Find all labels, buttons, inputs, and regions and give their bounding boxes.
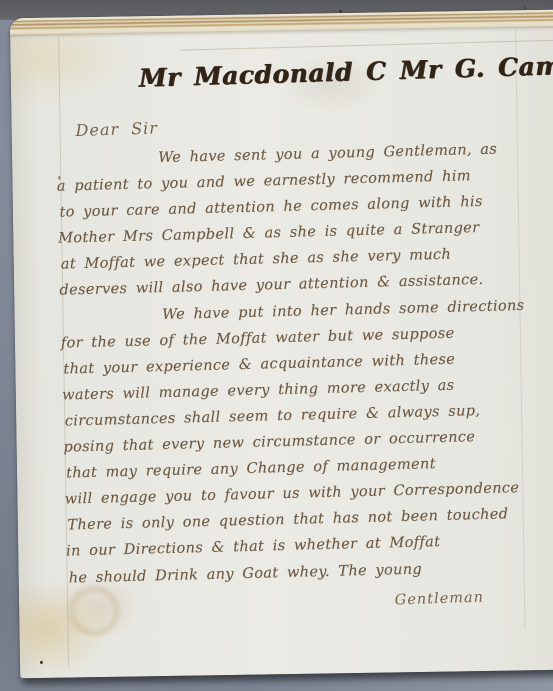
manuscript-photo: Mr Macdonald C Mr G. Campbell Dear Sir W…: [0, 0, 553, 691]
letter-body: We have sent you a young Gentleman, as a…: [56, 141, 545, 597]
dust-speck: [524, 7, 526, 9]
paper-crease-top: [180, 40, 553, 51]
page-heading: Mr Macdonald C Mr G. Campbell: [138, 49, 553, 93]
catchword: Gentleman: [319, 590, 484, 611]
salutation: Dear Sir: [75, 118, 158, 140]
ink-speck: [40, 661, 43, 664]
letter-page: Mr Macdonald C Mr G. Campbell Dear Sir W…: [10, 10, 553, 679]
